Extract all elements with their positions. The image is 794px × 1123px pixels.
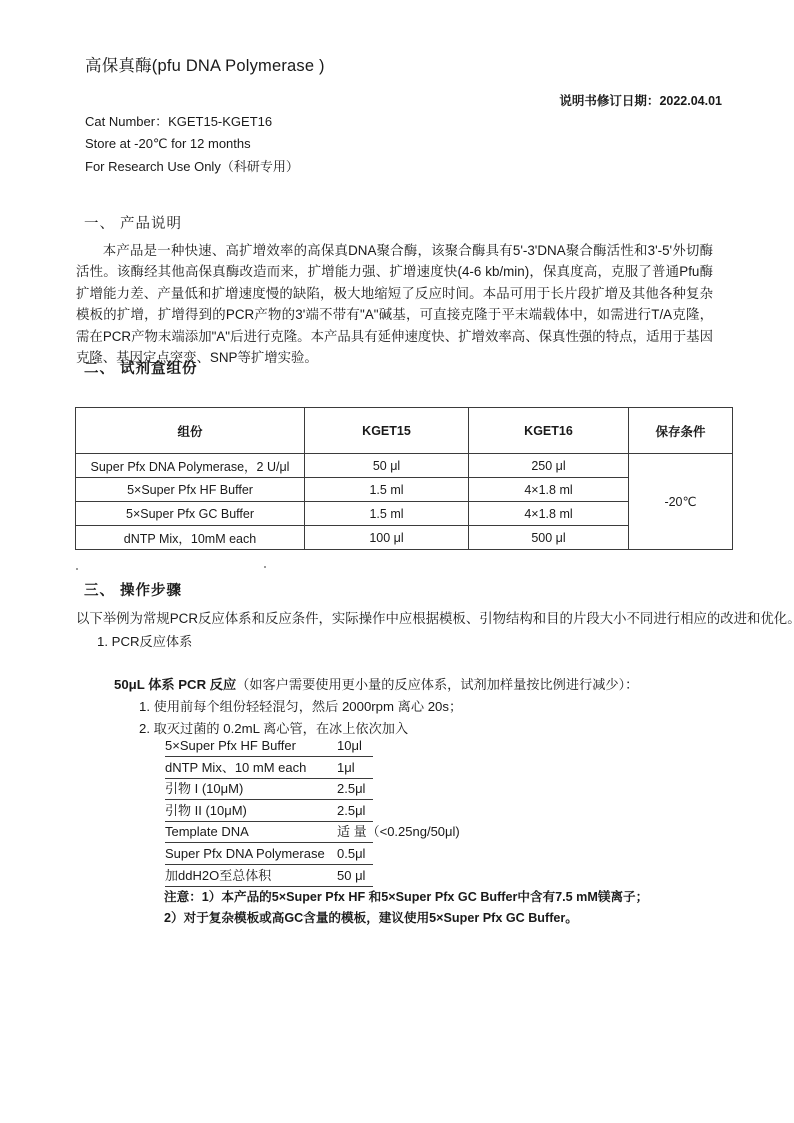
- header-kget16: KGET16: [469, 408, 629, 454]
- mix-row: 引物 I (10μM) 2.5μl: [165, 779, 373, 800]
- storage-line: Store at -20℃ for 12 months: [85, 133, 299, 155]
- mix-reagent-name: Template DNA: [165, 824, 249, 839]
- mix-reagent-amount: 10μl: [337, 736, 362, 756]
- reaction-system-title-bold: 50μL 体系 PCR 反应: [114, 677, 236, 692]
- cell-kget15: 100 μl: [305, 526, 469, 550]
- note-line-1: 注意：1）本产品的5×Super Pfx HF 和5×Super Pfx GC …: [164, 887, 648, 908]
- cell-kget15: 50 μl: [305, 454, 469, 478]
- header-kget15: KGET15: [305, 408, 469, 454]
- mix-reagent-amount: 2.5μl: [337, 801, 365, 821]
- section2-heading: 二、 试剂盒组份: [84, 357, 198, 378]
- mix-row: 加ddH2O至总体积 50 μl: [165, 866, 373, 887]
- cell-storage-condition: -20℃: [629, 454, 733, 550]
- scan-artifact-dot: [264, 566, 266, 568]
- mix-reagent-name: 引物 II (10μM): [165, 803, 247, 818]
- section1-heading: 一、 产品说明: [84, 212, 182, 233]
- cat-number-line: Cat Number：KGET15-KGET16: [85, 111, 299, 133]
- product-meta: Cat Number：KGET15-KGET16 Store at -20℃ f…: [85, 111, 299, 178]
- notes-block: 注意：1）本产品的5×Super Pfx HF 和5×Super Pfx GC …: [164, 887, 648, 928]
- mix-row: Super Pfx DNA Polymerase 0.5μl: [165, 844, 373, 865]
- mix-row: 5×Super Pfx HF Buffer 10μl: [165, 736, 373, 757]
- revision-date-label: 说明书修订日期：: [559, 94, 659, 108]
- cell-component: 5×Super Pfx HF Buffer: [76, 478, 305, 502]
- mix-reagent-name: 引物 I (10μM): [165, 781, 243, 796]
- mix-reagent-name: dNTP Mix、10 mM each: [165, 760, 306, 775]
- revision-date-line: 说明书修订日期：2022.04.01: [559, 91, 722, 109]
- table-header-row: 组份 KGET15 KGET16 保存条件: [76, 408, 733, 454]
- reaction-system-title: 50μL 体系 PCR 反应（如客户需要使用更小量的反应体系，试剂加样量按比例进…: [114, 674, 638, 693]
- cell-kget16: 4×1.8 ml: [469, 478, 629, 502]
- product-description-paragraph: 本产品是一种快速、高扩增效率的高保真DNA聚合酶，该聚合酶具有5'-3'DNA聚…: [76, 240, 713, 368]
- cell-kget16: 500 μl: [469, 526, 629, 550]
- table-row: Super Pfx DNA Polymerase，2 U/μl 50 μl 25…: [76, 454, 733, 478]
- cell-component: Super Pfx DNA Polymerase，2 U/μl: [76, 454, 305, 478]
- cell-kget16: 4×1.8 ml: [469, 502, 629, 526]
- reaction-mix-table: 5×Super Pfx HF Buffer 10μl dNTP Mix、10 m…: [165, 736, 373, 887]
- procedure-step-2: 2. 取灭过菌的 0.2mL 离心管，在冰上依次加入: [139, 718, 408, 737]
- document-page: 高保真酶(pfu DNA Polymerase ) 说明书修订日期：2022.0…: [0, 0, 794, 1123]
- research-use-line: For Research Use Only（科研专用）: [85, 156, 299, 178]
- note-line-2: 2）对于复杂模板或高GC含量的模板，建议使用5×Super Pfx GC Buf…: [164, 908, 648, 929]
- procedure-intro: 以下举例为常规PCR反应体系和反应条件，实际操作中应根据模板、引物结构和目的片段…: [76, 608, 794, 627]
- document-title: 高保真酶(pfu DNA Polymerase ): [85, 52, 325, 76]
- mix-reagent-name: Super Pfx DNA Polymerase: [165, 846, 325, 861]
- reaction-system-title-rest: （如客户需要使用更小量的反应体系，试剂加样量按比例进行减少）：: [236, 677, 638, 692]
- pcr-system-label: 1. PCR反应体系: [97, 631, 192, 650]
- cell-kget16: 250 μl: [469, 454, 629, 478]
- header-storage: 保存条件: [629, 408, 733, 454]
- kit-components-table: 组份 KGET15 KGET16 保存条件 Super Pfx DNA Poly…: [75, 407, 733, 550]
- cell-component: 5×Super Pfx GC Buffer: [76, 502, 305, 526]
- cell-kget15: 1.5 ml: [305, 478, 469, 502]
- mix-reagent-amount: 1μl: [337, 758, 355, 778]
- mix-reagent-name: 5×Super Pfx HF Buffer: [165, 738, 296, 753]
- mix-reagent-amount: 50 μl: [337, 866, 365, 886]
- header-component: 组份: [76, 408, 305, 454]
- mix-reagent-name: 加ddH2O至总体积: [165, 868, 271, 883]
- mix-row: 引物 II (10μM) 2.5μl: [165, 801, 373, 822]
- section3-heading: 三、 操作步骤: [84, 579, 182, 600]
- mix-reagent-amount: 适 量（<0.25ng/50μl): [337, 822, 460, 842]
- procedure-step-1: 1. 使用前每个组份轻轻混匀，然后 2000rpm 离心 20s；: [139, 696, 462, 715]
- mix-reagent-amount: 0.5μl: [337, 844, 365, 864]
- cell-kget15: 1.5 ml: [305, 502, 469, 526]
- cell-component: dNTP Mix，10mM each: [76, 526, 305, 550]
- mix-reagent-amount: 2.5μl: [337, 779, 365, 799]
- scan-artifact-dot: [76, 568, 78, 570]
- revision-date-value: 2022.04.01: [659, 94, 722, 108]
- mix-row: Template DNA 适 量（<0.25ng/50μl): [165, 822, 373, 843]
- mix-row: dNTP Mix、10 mM each 1μl: [165, 758, 373, 779]
